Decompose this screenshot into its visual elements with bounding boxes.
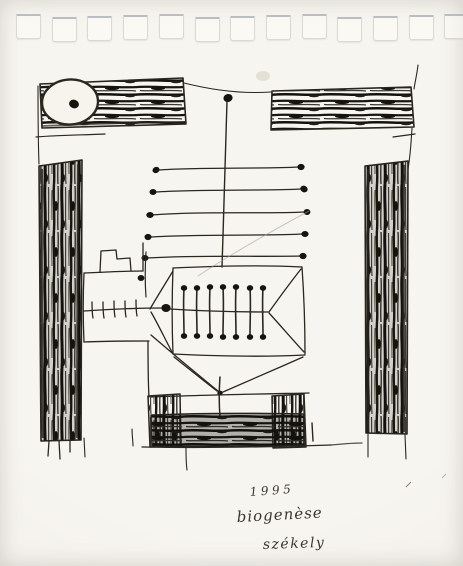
handwriting-signature: székely [263,535,326,553]
right-hatched-column [365,161,408,459]
center-spine [222,93,233,267]
handwriting-title: biogenèse [236,504,323,526]
left-hatched-column [39,160,85,459]
top-right-hatched-bar [271,65,418,169]
tick-ladder [84,300,171,318]
central-panel [150,211,309,356]
notebook-page: 1995 biogenèse székely [0,0,463,566]
handwriting-year: 1995 [249,482,294,499]
mid-left-structure [83,243,149,397]
top-link-line [184,83,271,93]
base-pedestal [132,335,362,470]
handwriting: 1995 biogenèse székely [236,482,325,553]
ink-drawing: 1995 biogenèse székely [0,0,463,566]
